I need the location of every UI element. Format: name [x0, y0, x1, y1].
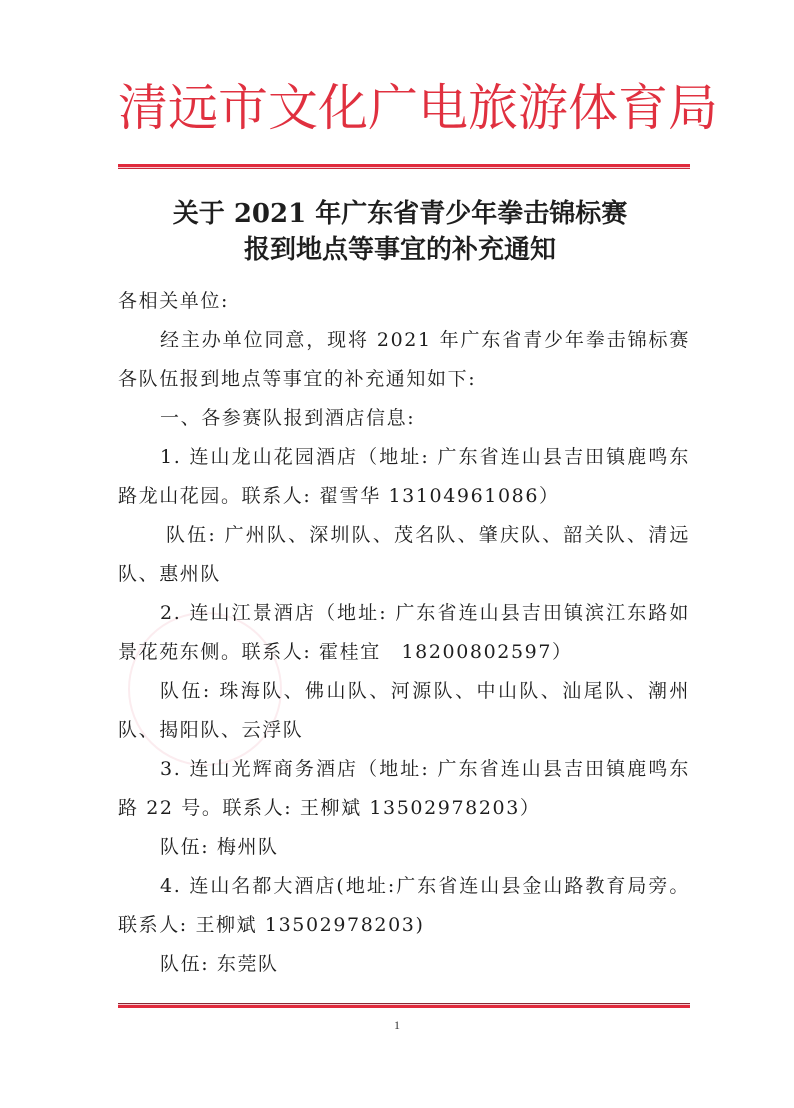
issuer-masthead: 清远市文化广电旅游体育局: [118, 78, 690, 138]
hotel-teams-1: 队伍: 广州队、深圳队、茂名队、肇庆队、韶关队、清远队、惠州队: [118, 516, 690, 594]
title-line-1: 关于 2021 年广东省青少年拳击锦标赛: [100, 196, 700, 232]
masthead-red-rule: [118, 164, 690, 169]
hotel-teams-2: 队伍: 珠海队、佛山队、河源队、中山队、汕尾队、潮州队、揭阳队、云浮队: [118, 672, 690, 750]
document-page: 清远市文化广电旅游体育局 关于 2021 年广东省青少年拳击锦标赛 报到地点等事…: [0, 0, 794, 1108]
hotel-entry-4: 4. 连山名都大酒店(地址:广东省连山县金山路教育局旁。联系人: 王柳斌 135…: [118, 867, 690, 945]
salutation: 各相关单位:: [118, 282, 690, 321]
page-number: 1: [0, 1018, 794, 1033]
document-body: 各相关单位: 经主办单位同意，现将 2021 年广东省青少年拳击锦标赛各队伍报到…: [118, 282, 690, 984]
hotel-entry-3: 3. 连山光辉商务酒店（地址: 广东省连山县吉田镇鹿鸣东路 22 号。联系人: …: [118, 750, 690, 828]
rule-thin-line: [118, 168, 690, 169]
hotel-entry-2: 2. 连山江景酒店（地址: 广东省连山县吉田镇滨江东路如景花苑东侧。联系人: 霍…: [118, 594, 690, 672]
section-heading: 一、各参赛队报到酒店信息:: [118, 399, 690, 438]
title-line-2: 报到地点等事宜的补充通知: [100, 232, 700, 268]
hotel-teams-4: 队伍: 东莞队: [118, 945, 690, 984]
intro-paragraph: 经主办单位同意，现将 2021 年广东省青少年拳击锦标赛各队伍报到地点等事宜的补…: [118, 321, 690, 399]
hotel-teams-3: 队伍: 梅州队: [118, 828, 690, 867]
footer-red-rule: [118, 1003, 690, 1008]
rule-thick-line: [118, 1005, 690, 1008]
hotel-entry-1: 1. 连山龙山花园酒店（地址: 广东省连山县吉田镇鹿鸣东路龙山花园。联系人: 翟…: [118, 438, 690, 516]
document-title: 关于 2021 年广东省青少年拳击锦标赛 报到地点等事宜的补充通知: [100, 196, 700, 268]
